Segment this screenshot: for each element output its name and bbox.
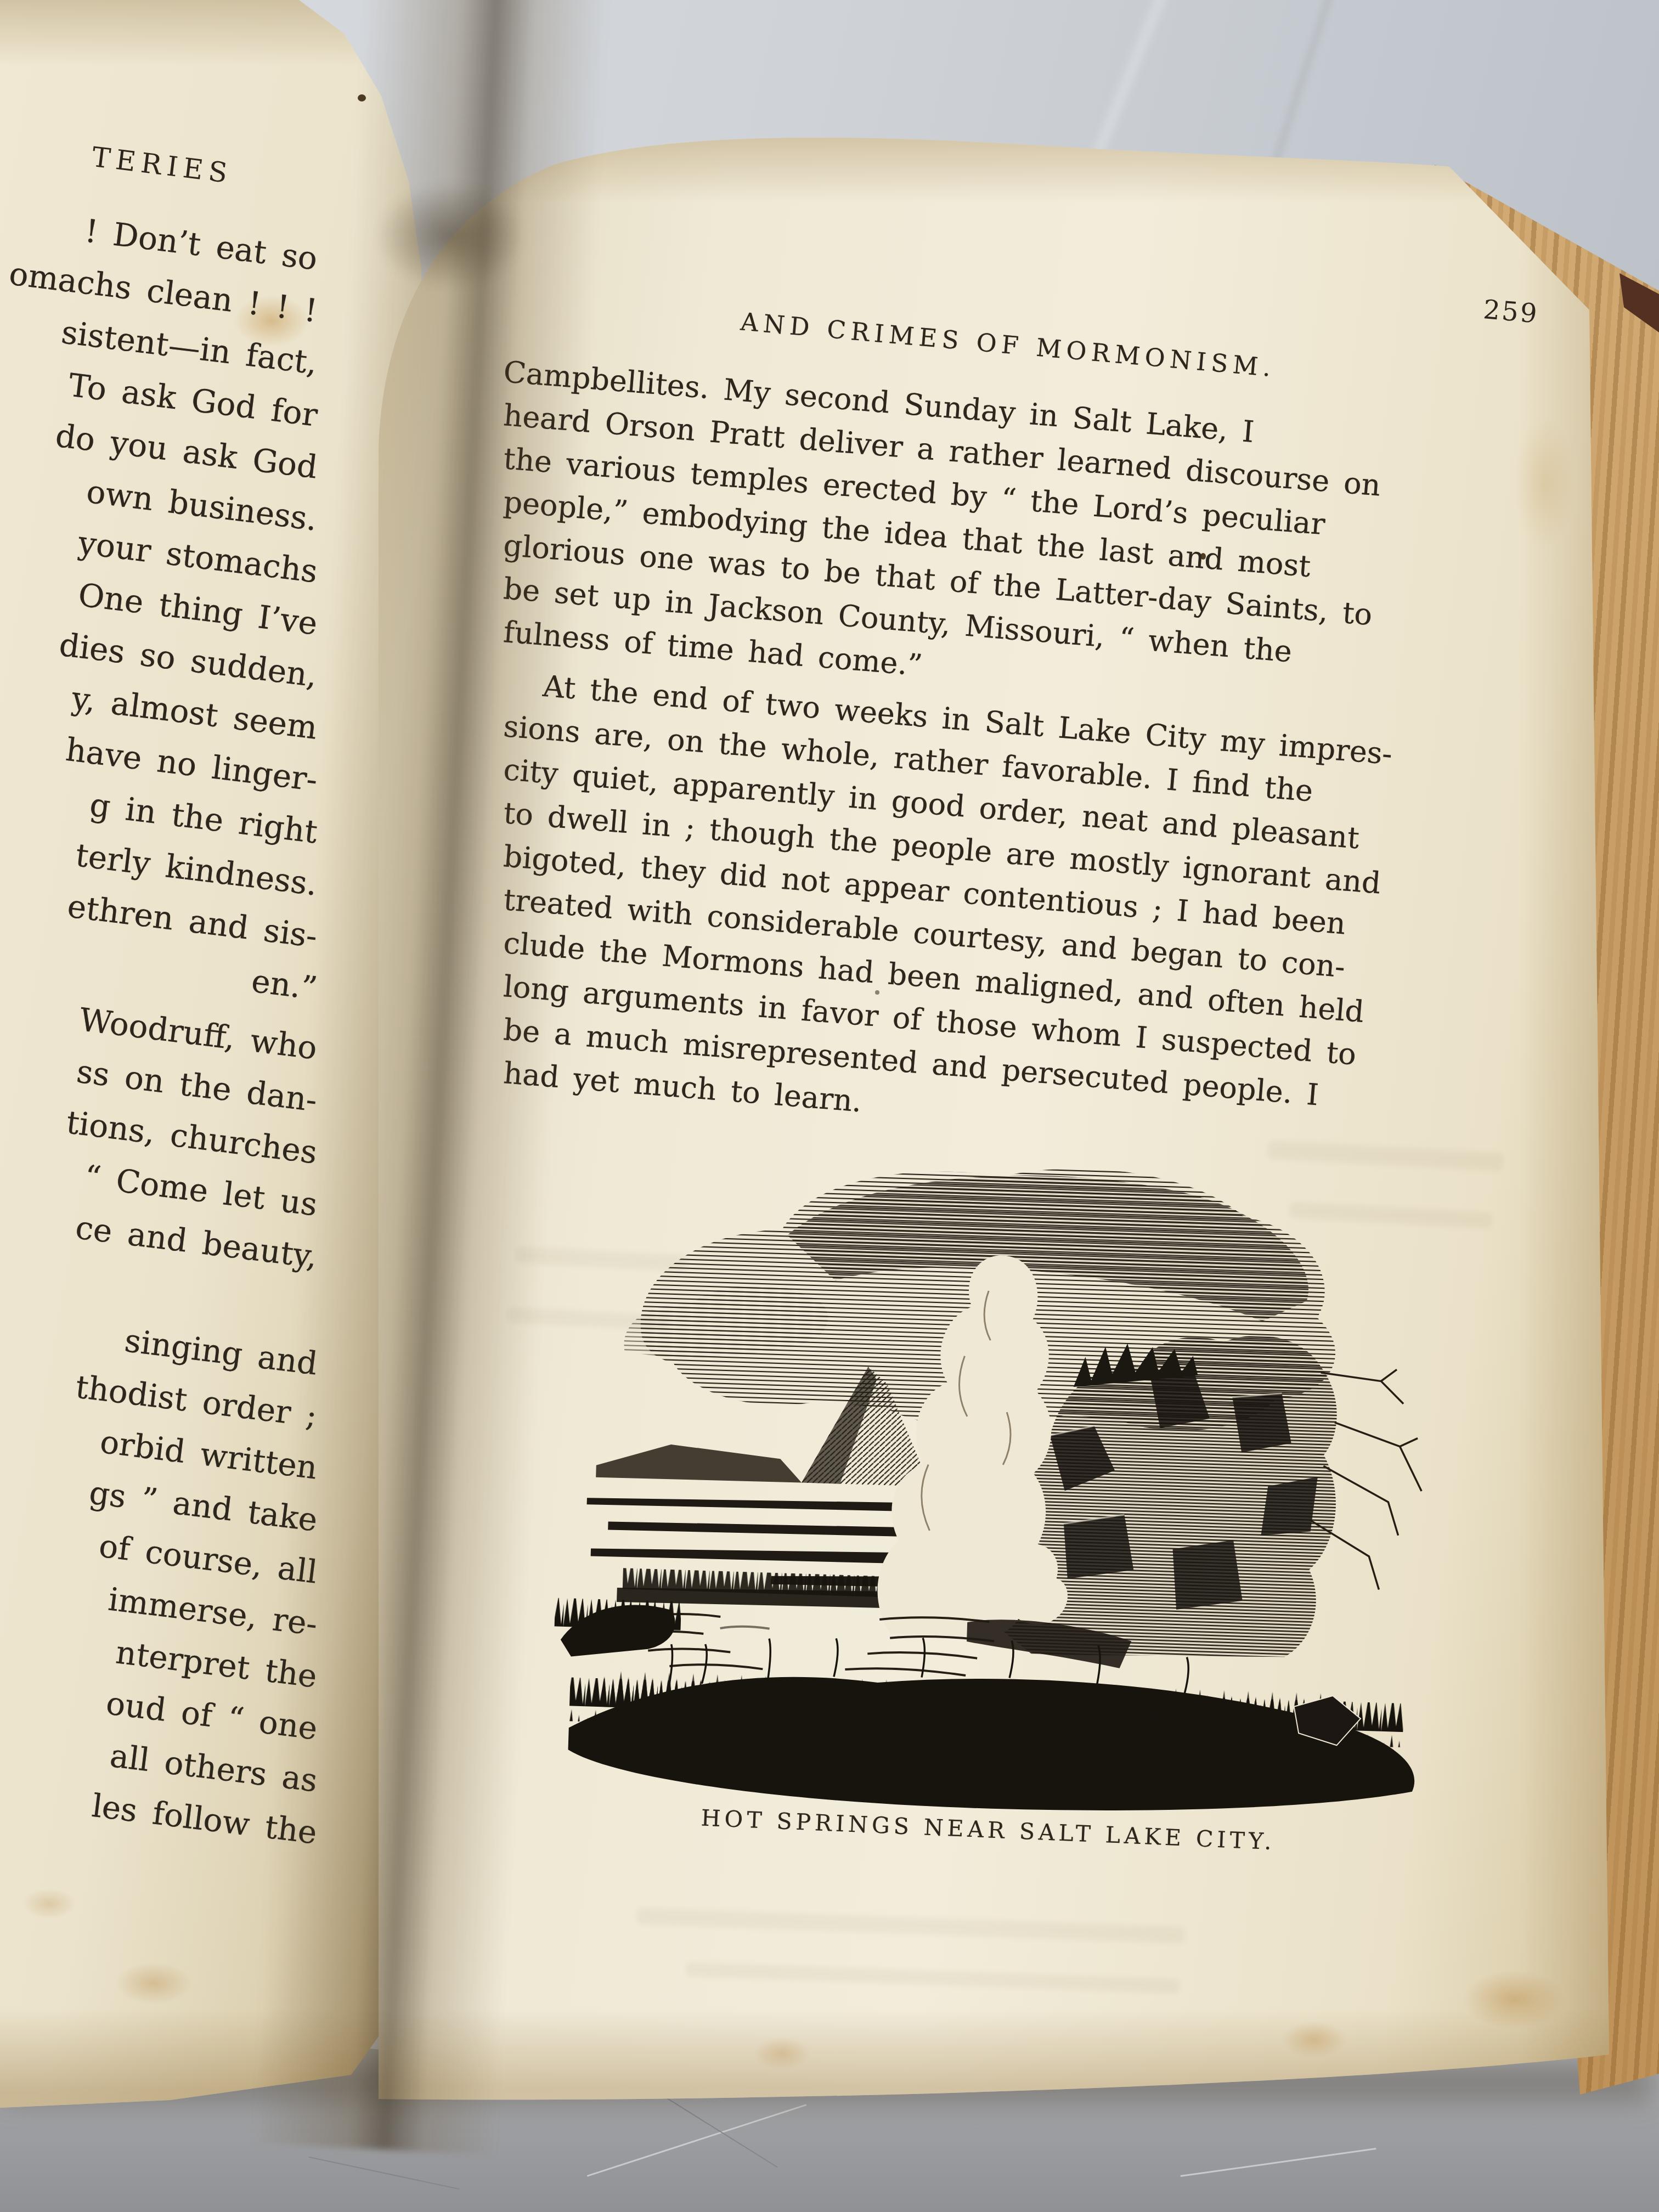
page-speck [358,94,366,101]
left-page-text-line: g in the right [88,786,320,850]
left-page-text-line: singing and [122,1322,319,1383]
show-through-text [636,1908,1185,1944]
left-page-text-line: les follow the [90,1787,319,1852]
left-page-text-line: en.” [250,962,319,1007]
book-photo-scene: TERIES ! Don’t eat soomachs clean ! ! !s… [0,0,1659,2212]
left-page: TERIES ! Don’t eat soomachs clean ! ! !s… [0,0,422,2109]
body-text: Campbellites. My second Sunday in Salt L… [504,350,1491,1102]
left-page-text-column: TERIES ! Don’t eat soomachs clean ! ! !s… [0,158,329,2045]
engraving-water [625,1608,995,1677]
left-page-text-line: orbid written [98,1423,319,1487]
left-page-text-line: gs ” and take [87,1474,319,1538]
hot-springs-engraving [534,1113,1465,1827]
left-page-text-line: all others as [108,1737,319,1799]
left-page-text-line: immerse, re- [106,1581,319,1643]
illustration-block: HOT SPRINGS NEAR SALT LAKE CITY. [533,1113,1465,1857]
running-head-row: AND CRIMES OF MORMONISM. 259 [669,301,1350,330]
left-running-head-fragment: TERIES [90,141,234,190]
paragraph: At the end of two weeks in Salt Lake Cit… [504,661,1491,1094]
show-through-text [686,1962,1180,1993]
left-page-text-line: of course, all [97,1527,319,1591]
left-page-text-line: nterpret the [114,1633,319,1695]
paragraph: Campbellites. My second Sunday in Salt L… [504,350,1491,653]
left-page-text-line: oud of “ one [104,1684,319,1747]
page-number: 259 [1482,294,1540,330]
right-page: AND CRIMES OF MORMONISM. 259 Campbellite… [379,132,1610,2101]
